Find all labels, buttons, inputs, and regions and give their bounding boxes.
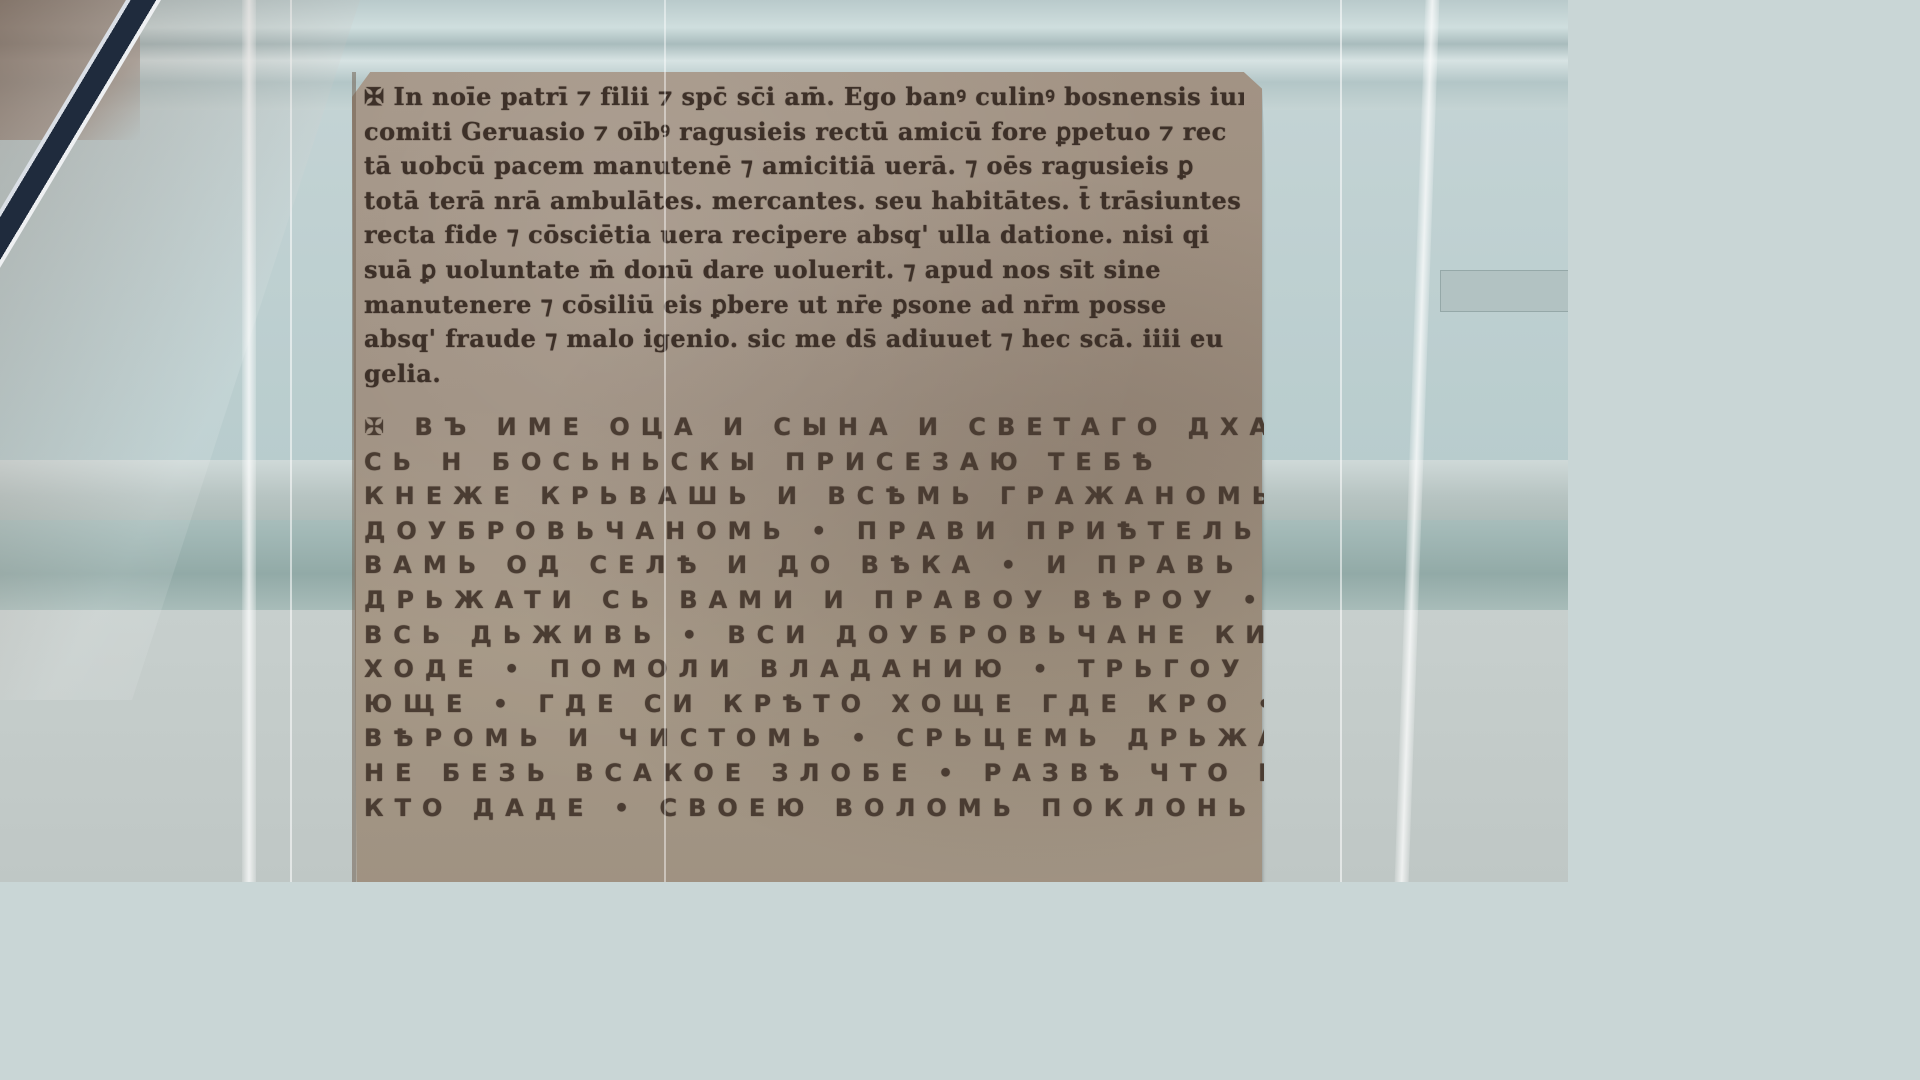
acrylic-reflection-line <box>1340 0 1342 882</box>
latin-line: recta fide ⁊ cōsciētia uera recipere abs… <box>364 218 1244 253</box>
cyrillic-line: КТО ДАДЕ • СВОЕЮ ВОЛОМЬ ПОКЛОНЬ <box>364 791 1264 826</box>
latin-line: absq' fraude ⁊ malo igenio. sic me ds̄ a… <box>364 322 1244 357</box>
cyrillic-line: ✠ ВЪ ИМЕ ОЦА И СЫНА И СВЕТАГО ДХА • Ꙗ БА… <box>364 410 1264 445</box>
cyrillic-line: ДРЬЖАТИ СЬ ВАМИ И ПРАВОУ ВѢРОУ • ДОКОЛѢ <box>364 583 1264 618</box>
latin-line: manutenere ⁊ cōsiliū eis ꝑbere ut nr̄e ꝑ… <box>364 288 1244 323</box>
latin-line: ✠ In noīe patrī ⁊ filii ⁊ spc̄ sc̄i am̄.… <box>364 80 1244 115</box>
background-panel <box>1440 270 1568 312</box>
latin-line: tā uobcū pacem manutenē ⁊ amicitiā uerā.… <box>364 149 1244 184</box>
latin-line: gelia. <box>364 357 1244 392</box>
latin-text-block: ✠ In noīe patrī ⁊ filii ⁊ spc̄ sc̄i am̄.… <box>364 80 1244 391</box>
acrylic-reflection-line <box>664 0 666 882</box>
cyrillic-line: ВАМЬ ОД СЕЛѢ И ДО ВѢКА • И ПРАВЬ ГОЙ <box>364 548 1264 583</box>
cyrillic-text-block: ✠ ВЪ ИМЕ ОЦА И СЫНА И СВЕТАГО ДХА • Ꙗ БА… <box>364 410 1264 825</box>
latin-line: totā terā nrā ambulātes. mercantes. seu … <box>364 184 1244 219</box>
cyrillic-line: НЕ БЕЗЬ ВСАКОЕ ЗЛОБЕ • РАЗВѢ ЧТО МИ <box>364 756 1264 791</box>
cyrillic-line: СЬ Н БОСЬНЬСКЫ ПРИСЕЗАЮ ТЕБѢ <box>364 445 1264 480</box>
latin-line: suā ꝑ uoluntate m̄ donū dare uoluerit. ⁊… <box>364 253 1244 288</box>
cyrillic-line: ВСЬ ДЬЖИВЬ • ВСИ ДОУБРОВЬЧАНЕ КИ <box>364 618 1264 653</box>
parchment-left-edge <box>352 72 356 882</box>
cyrillic-line: ДОУБРОВЬЧАНОМЬ • ПРАВИ ПРИѢТЕЛЬ БЫТИ <box>364 514 1264 549</box>
cyrillic-line: КНЕЖЕ КРЬВАШЬ И ВСѢМЬ ГРАЖАНОМЬ <box>364 479 1264 514</box>
latin-line: comiti Geruasio ⁊ oībꝰ ragusieis rectū a… <box>364 115 1244 150</box>
cyrillic-line: ЮЩЕ • ГДЕ СИ КРѢТО ХОЩЕ ГДЕ КРО • ПРАВО <box>364 687 1264 722</box>
photo-scene: ✠ In noīe patrī ⁊ filii ⁊ spc̄ sc̄i am̄.… <box>0 0 1568 882</box>
cyrillic-line: ВѢРОМЬ И ЧИСТОМЬ • СРЬЦЕМЬ ДРЬЖАТИ <box>364 721 1264 756</box>
cyrillic-line: ХОДЕ • ПОМОЛИ ВЛАДАНИЮ • ТРЬГОУ <box>364 652 1264 687</box>
